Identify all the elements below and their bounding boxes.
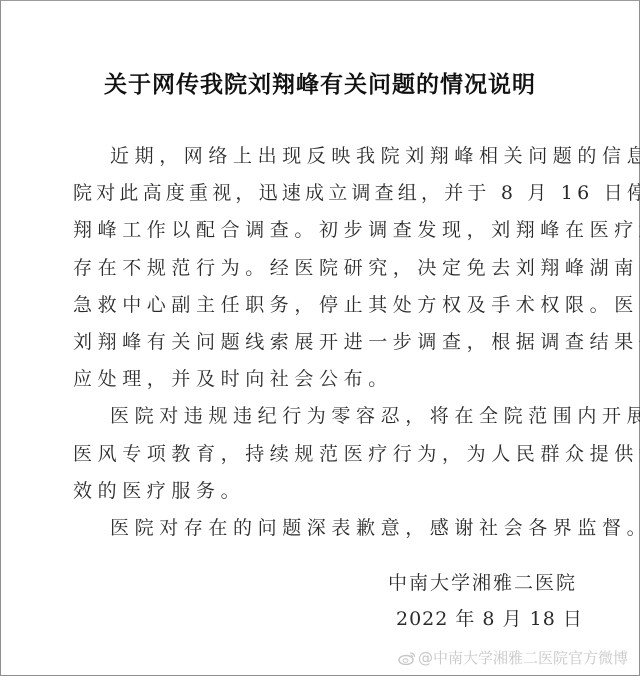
signature-date: 2022 年 8 月 18 日	[396, 604, 583, 631]
paragraph-3: 医院对存在的问题深表歉意，感谢社会各界监督。	[73, 510, 553, 547]
text-line: 院对此高度重视，迅速成立调查组，并于 8 月 16 日停止刘	[73, 175, 553, 212]
text-line: 近期，网络上出现反映我院刘翔峰相关问题的信息。医	[73, 138, 553, 175]
paragraph-2: 医院对违规违纪行为零容忍，将在全院范围内开展医德 医风专项教育，持续规范医疗行为…	[73, 398, 553, 510]
signature-organization: 中南大学湘雅二医院	[388, 568, 577, 595]
text-line: 应处理，并及时向社会公布。	[73, 361, 553, 398]
text-line: 医院对违规违纪行为零容忍，将在全院范围内开展医德	[73, 398, 553, 435]
text-line: 刘翔峰有关问题线索展开进一步调查，根据调查结果做出相	[73, 324, 553, 361]
watermark-text: @中南大学湘雅二医院官方微博	[418, 647, 628, 668]
text-line: 医院对存在的问题深表歉意，感谢社会各界监督。	[73, 510, 553, 547]
weibo-watermark: @中南大学湘雅二医院官方微博	[398, 647, 628, 668]
paragraph-1: 近期，网络上出现反映我院刘翔峰相关问题的信息。医 院对此高度重视，迅速成立调查组…	[73, 138, 553, 398]
text-line: 存在不规范行为。经医院研究，决定免去刘翔峰湖南省创伤	[73, 250, 553, 287]
weibo-icon	[398, 651, 416, 665]
text-line: 效的医疗服务。	[73, 473, 553, 510]
text-line: 急救中心副主任职务，停止其处方权及手术权限。医院将对	[73, 287, 553, 324]
text-line: 翔峰工作以配合调查。初步调查发现，刘翔峰在医疗过程中	[73, 212, 553, 249]
document-body: 近期，网络上出现反映我院刘翔峰相关问题的信息。医 院对此高度重视，迅速成立调查组…	[73, 138, 553, 547]
text-line: 医风专项教育，持续规范医疗行为，为人民群众提供安全有	[73, 436, 553, 473]
document-title: 关于网传我院刘翔峰有关问题的情况说明	[0, 66, 640, 99]
